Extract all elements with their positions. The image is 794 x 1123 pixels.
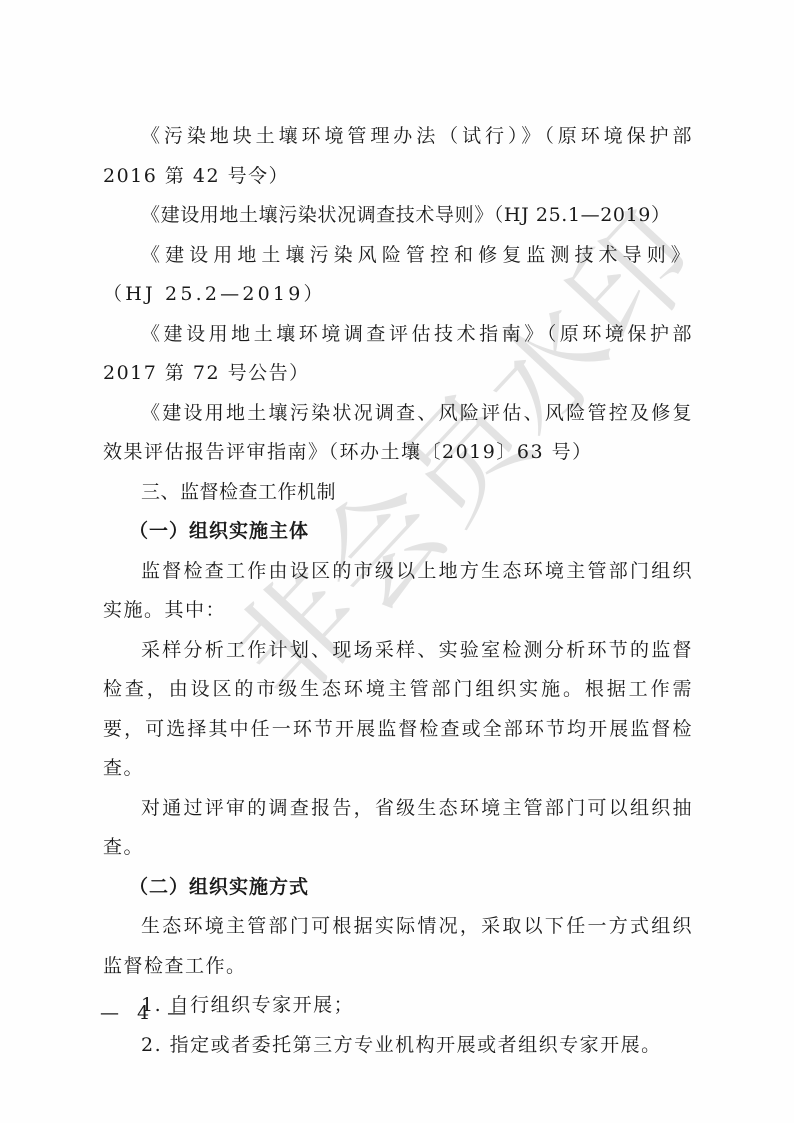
body-paragraph: 采样分析工作计划、现场采样、实验室检测分析环节的监督检查，由设区的市级生态环境主… — [103, 631, 693, 789]
section-heading: 三、监督检查工作机制 — [103, 473, 693, 513]
page-number: — 4 — — [100, 1001, 192, 1025]
subsection-heading: （一）组织实施主体 — [103, 512, 693, 552]
list-item: 2. 指定或者委托第三方专业机构开展或者组织专家开展。 — [103, 1026, 693, 1066]
subsection-heading: （二）组织实施方式 — [103, 868, 693, 908]
reference-item: 《建设用地土壤环境调查评估技术指南》（原环境保护部 2017 第 72 号公告） — [103, 315, 693, 394]
reference-item: 《建设用地土壤污染状况调查、风险评估、风险管控及修复效果评估报告评审指南》（环办… — [103, 394, 693, 473]
reference-item: 《建设用地土壤污染风险管控和修复监测技术导则》（HJ 25.2—2019） — [103, 236, 693, 315]
document-page: 非会员水印 《污染地块土壤环境管理办法（试行）》（原环境保护部 2016 第 4… — [0, 0, 794, 1123]
body-paragraph: 监督检查工作由设区的市级以上地方生态环境主管部门组织实施。其中： — [103, 552, 693, 631]
body-paragraph: 生态环境主管部门可根据实际情况，采取以下任一方式组织监督检查工作。 — [103, 907, 693, 986]
reference-item: 《污染地块土壤环境管理办法（试行）》（原环境保护部 2016 第 42 号令） — [103, 117, 693, 196]
document-body: 《污染地块土壤环境管理办法（试行）》（原环境保护部 2016 第 42 号令） … — [103, 117, 693, 1065]
body-paragraph: 对通过评审的调查报告，省级生态环境主管部门可以组织抽查。 — [103, 789, 693, 868]
reference-item: 《建设用地土壤污染状况调查技术导则》（HJ 25.1—2019） — [103, 196, 693, 236]
